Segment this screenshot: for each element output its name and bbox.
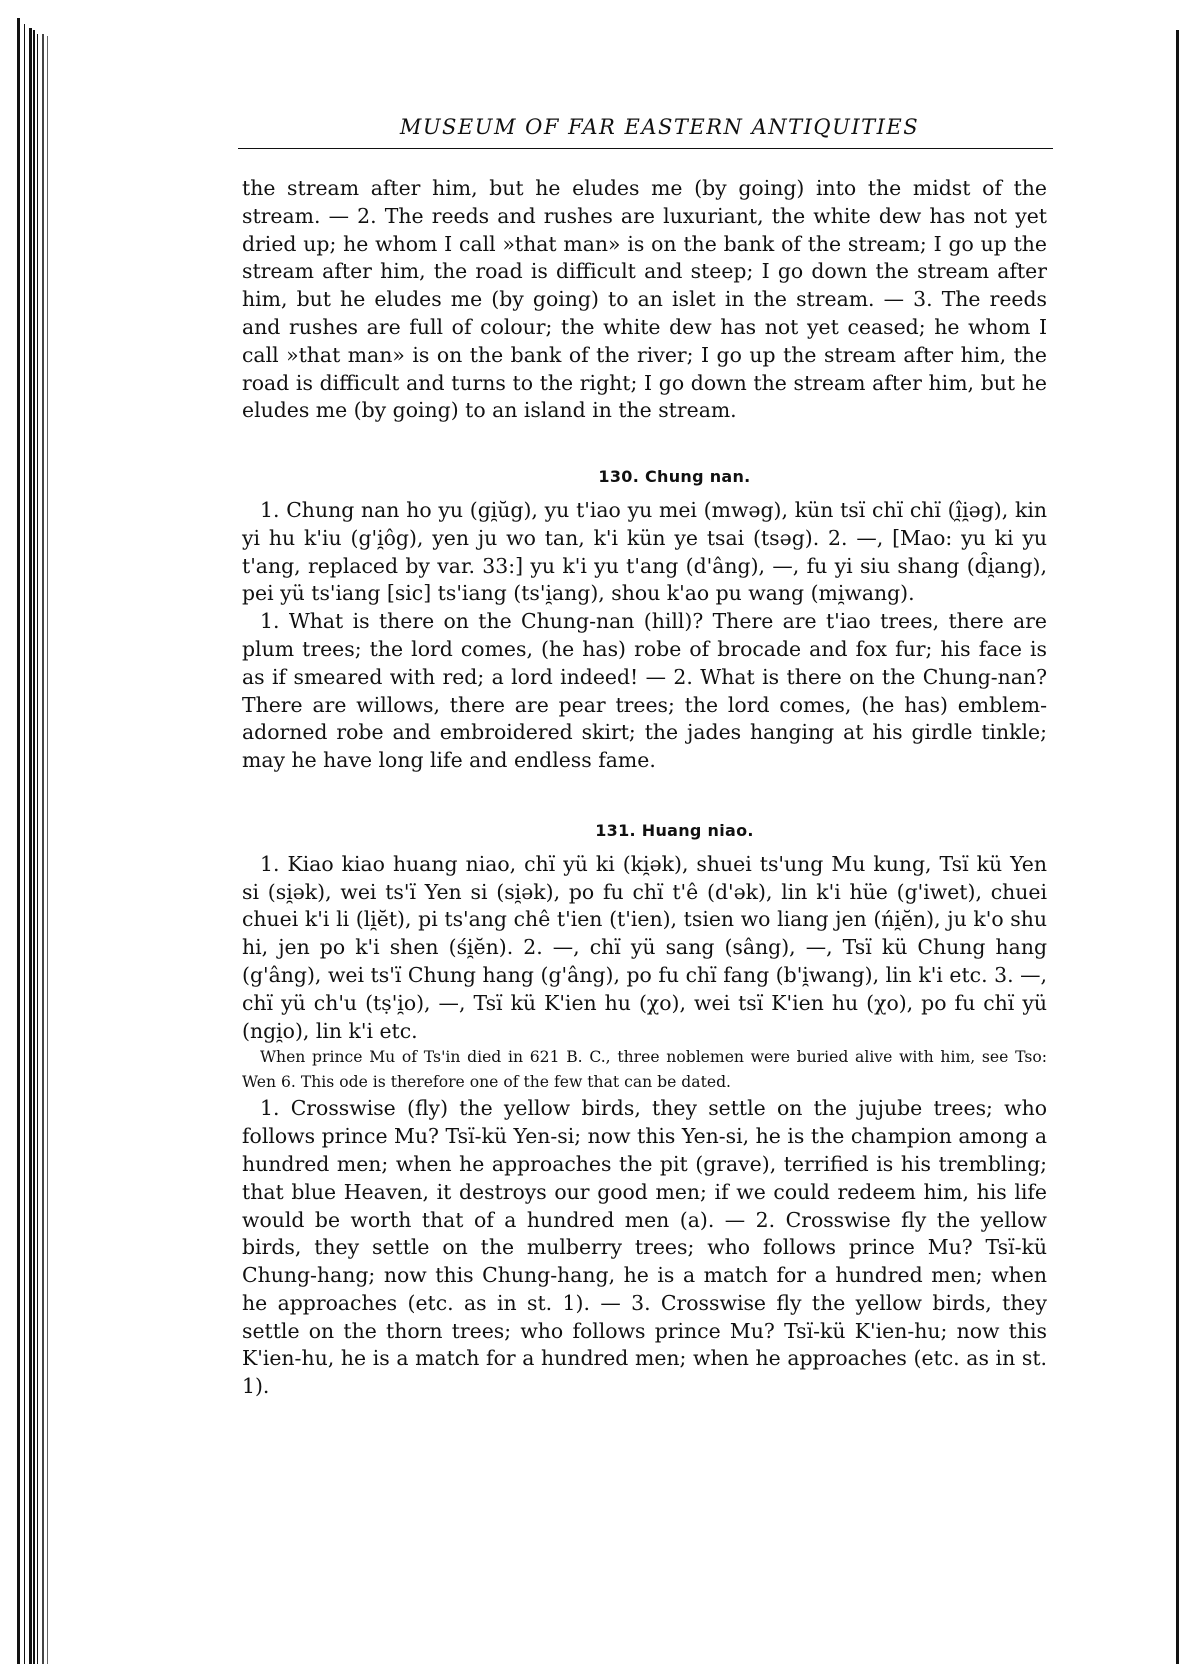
section-heading-130: 130. Chung nan. bbox=[242, 463, 1047, 491]
page-right-edge bbox=[1176, 30, 1179, 1664]
page-body: the stream after him, but he eludes me (… bbox=[242, 175, 1047, 1401]
transcription-130: 1. Chung nan ho yu (gi̯ŭg), yu t'iao yu … bbox=[242, 497, 1047, 608]
book-spine-scan-edge bbox=[0, 0, 52, 1664]
footnote-131: When prince Mu of Ts'in died in 621 B. C… bbox=[242, 1045, 1047, 1095]
continuation-paragraph: the stream after him, but he eludes me (… bbox=[242, 175, 1047, 425]
header-rule bbox=[238, 148, 1053, 149]
transcription-131: 1. Kiao kiao huang niao, chï yü ki (ki̯ə… bbox=[242, 851, 1047, 1046]
page: MUSEUM OF FAR EASTERN ANTIQUITIES the st… bbox=[242, 110, 1047, 1401]
section-heading-131: 131. Huang niao. bbox=[242, 817, 1047, 845]
translation-130: 1. What is there on the Chung-nan (hill)… bbox=[242, 608, 1047, 775]
running-head: MUSEUM OF FAR EASTERN ANTIQUITIES bbox=[242, 110, 1047, 144]
translation-131: 1. Crosswise (fly) the yellow birds, the… bbox=[242, 1095, 1047, 1401]
